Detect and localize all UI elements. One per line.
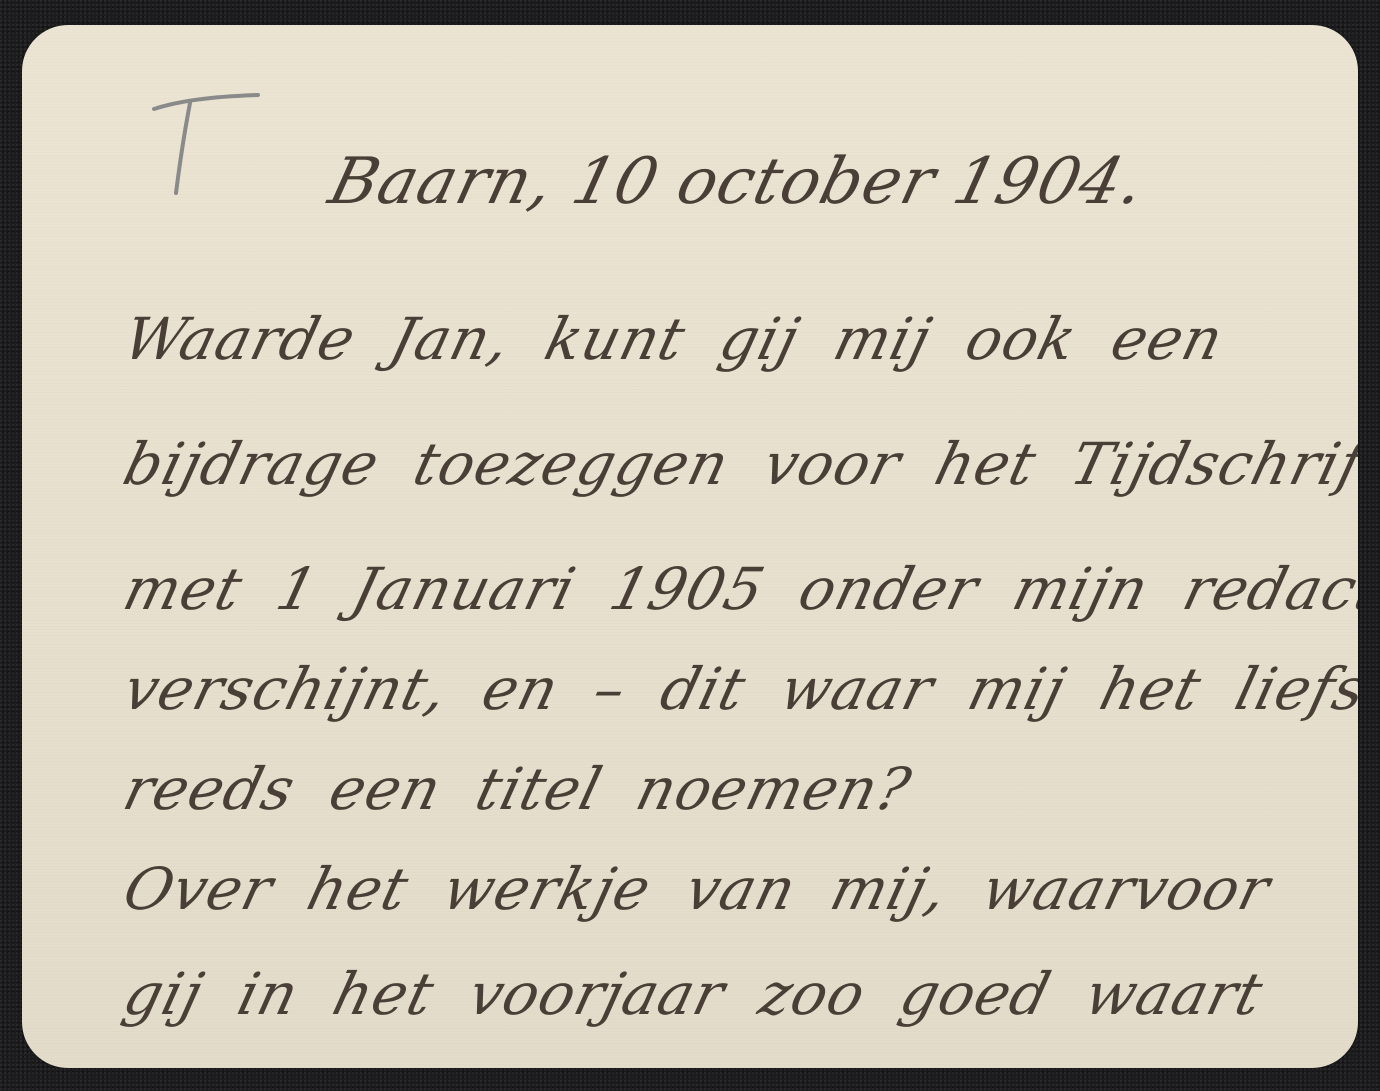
letter-line-4: verschijnt, en – dit waar mij het liefst… [117,655,1358,723]
letter-line-2: bijdrage toezeggen voor het Tijdschrift … [117,430,1358,498]
letter-line-7: gij in het voorjaar zoo goed waart [117,960,1270,1028]
letter-line-5: reeds een titel noemen? [117,755,918,823]
letter-line-3: met 1 Januari 1905 onder mijn redactie [117,555,1358,623]
pencil-annotation-mark: T [150,75,270,205]
pencil-annotation-text: T [150,75,160,79]
letter-card: T Baarn, 10 october 1904. Waarde Jan, ku… [22,25,1358,1068]
letter-line-6: Over het werkje van mij, waarvoor [117,855,1277,923]
letter-line-1: Waarde Jan, kunt gij mij ook een [117,305,1230,373]
place-date-heading: Baarn, 10 october 1904. [322,145,1153,219]
